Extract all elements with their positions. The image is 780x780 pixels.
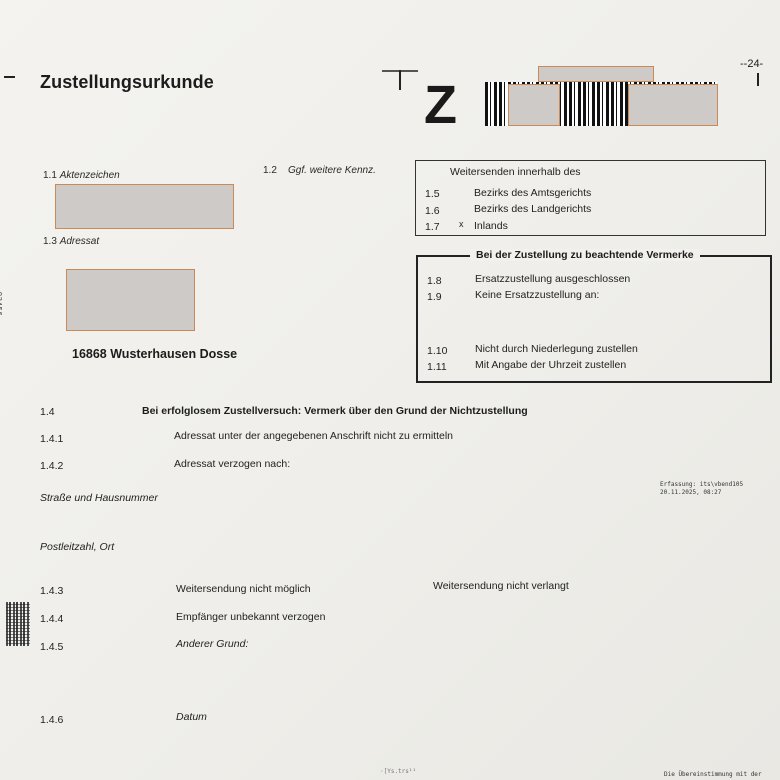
item-num: 1.4.2 [40, 460, 63, 472]
datum-label: Datum [176, 711, 207, 723]
item-num: 1.9 [427, 291, 442, 303]
adressat-city: 16868 Wusterhausen Dosse [72, 347, 237, 361]
redacted-block [628, 84, 718, 126]
plz-ort-label: Postleitzahl, Ort [40, 541, 114, 553]
option-amtsgericht: Bezirks des Amtsgerichts [474, 187, 591, 199]
reason-anderer-grund: Anderer Grund: [176, 638, 248, 650]
checkbox-mark[interactable]: x [459, 219, 464, 229]
datamatrix-code [6, 602, 30, 646]
item-num: 1.11 [427, 361, 447, 373]
document-page: Zustellungsurkunde Z --24- 1.1 Aktenzeic… [0, 0, 780, 780]
item-num: 1.4.1 [40, 433, 63, 445]
document-title: Zustellungsurkunde [40, 72, 214, 93]
item-num: 1.5 [425, 188, 440, 200]
item-num: 1.4.3 [40, 585, 63, 597]
adressat-redacted [66, 269, 195, 331]
vermerk-uhrzeit: Mit Angabe der Uhrzeit zustellen [475, 359, 626, 371]
weitersenden-header: Weitersenden innerhalb des [450, 166, 581, 178]
option-landgericht: Bezirks des Landgerichts [474, 203, 591, 215]
nichtzustellung-title: Bei erfolglosem Zustellversuch: Vermerk … [142, 405, 528, 417]
erfassung-user: Erfassung: its\vbend105 [660, 481, 743, 489]
weitere-kennz-label: 1.2 Ggf. weitere Kennz. [263, 165, 376, 176]
footer-faint-text: ·[Ys.trs¹¹ [380, 768, 416, 776]
side-number: 03456 [0, 292, 2, 316]
vermerke-box: 1.8 Ersatzzustellung ausgeschlossen 1.9 … [416, 255, 772, 383]
vermerk-niederlegung: Nicht durch Niederlegung zustellen [475, 343, 638, 355]
reason-weitersendung-nicht-verlangt: Weitersendung nicht verlangt [433, 580, 569, 592]
item-num: 1.8 [427, 275, 442, 287]
reason-verzogen-nach: Adressat verzogen nach: [174, 458, 290, 470]
strasse-label: Straße und Hausnummer [40, 492, 158, 504]
reason-nicht-zu-ermitteln: Adressat unter der angegebenen Anschrift… [174, 430, 453, 442]
aktenzeichen-label: 1.1 Aktenzeichen [43, 170, 120, 181]
barcode [485, 82, 717, 126]
erfassung-timestamp: 20.11.2025, 08:27 [660, 489, 743, 497]
adressat-label: 1.3 Adressat [43, 236, 99, 247]
item-num: 1.6 [425, 205, 440, 217]
item-num: 1.4.6 [40, 714, 63, 726]
redacted-block [508, 84, 560, 126]
fold-mark [4, 76, 15, 78]
reason-weitersendung-nicht-moeglich: Weitersendung nicht möglich [176, 583, 311, 595]
weitersenden-box: Weitersenden innerhalb des 1.5 Bezirks d… [415, 160, 766, 236]
footer-certification-text: Die Übereinstimmung mit der [664, 771, 762, 779]
vermerk-ersatzzustellung-ausgeschlossen: Ersatzzustellung ausgeschlossen [475, 273, 630, 285]
page-tick-mark [757, 73, 759, 86]
erfassung-stamp: Erfassung: its\vbend105 20.11.2025, 08:2… [660, 481, 743, 497]
aktenzeichen-redacted [55, 184, 234, 229]
vermerk-keine-ersatzzustellung: Keine Ersatzzustellung an: [475, 289, 599, 301]
alignment-mark [382, 70, 418, 90]
vermerke-box-title: Bei der Zustellung zu beachtende Vermerk… [470, 249, 700, 261]
item-num: 1.4.5 [40, 641, 63, 653]
section-num: 1.4 [40, 406, 55, 418]
item-num: 1.4.4 [40, 613, 63, 625]
option-inlands: Inlands [474, 220, 508, 232]
redacted-block [538, 66, 654, 82]
z-marker: Z [424, 78, 457, 132]
page-number: --24- [740, 58, 763, 70]
item-num: 1.10 [427, 345, 447, 357]
reason-unbekannt-verzogen: Empfänger unbekannt verzogen [176, 611, 325, 623]
item-num: 1.7 [425, 221, 440, 233]
